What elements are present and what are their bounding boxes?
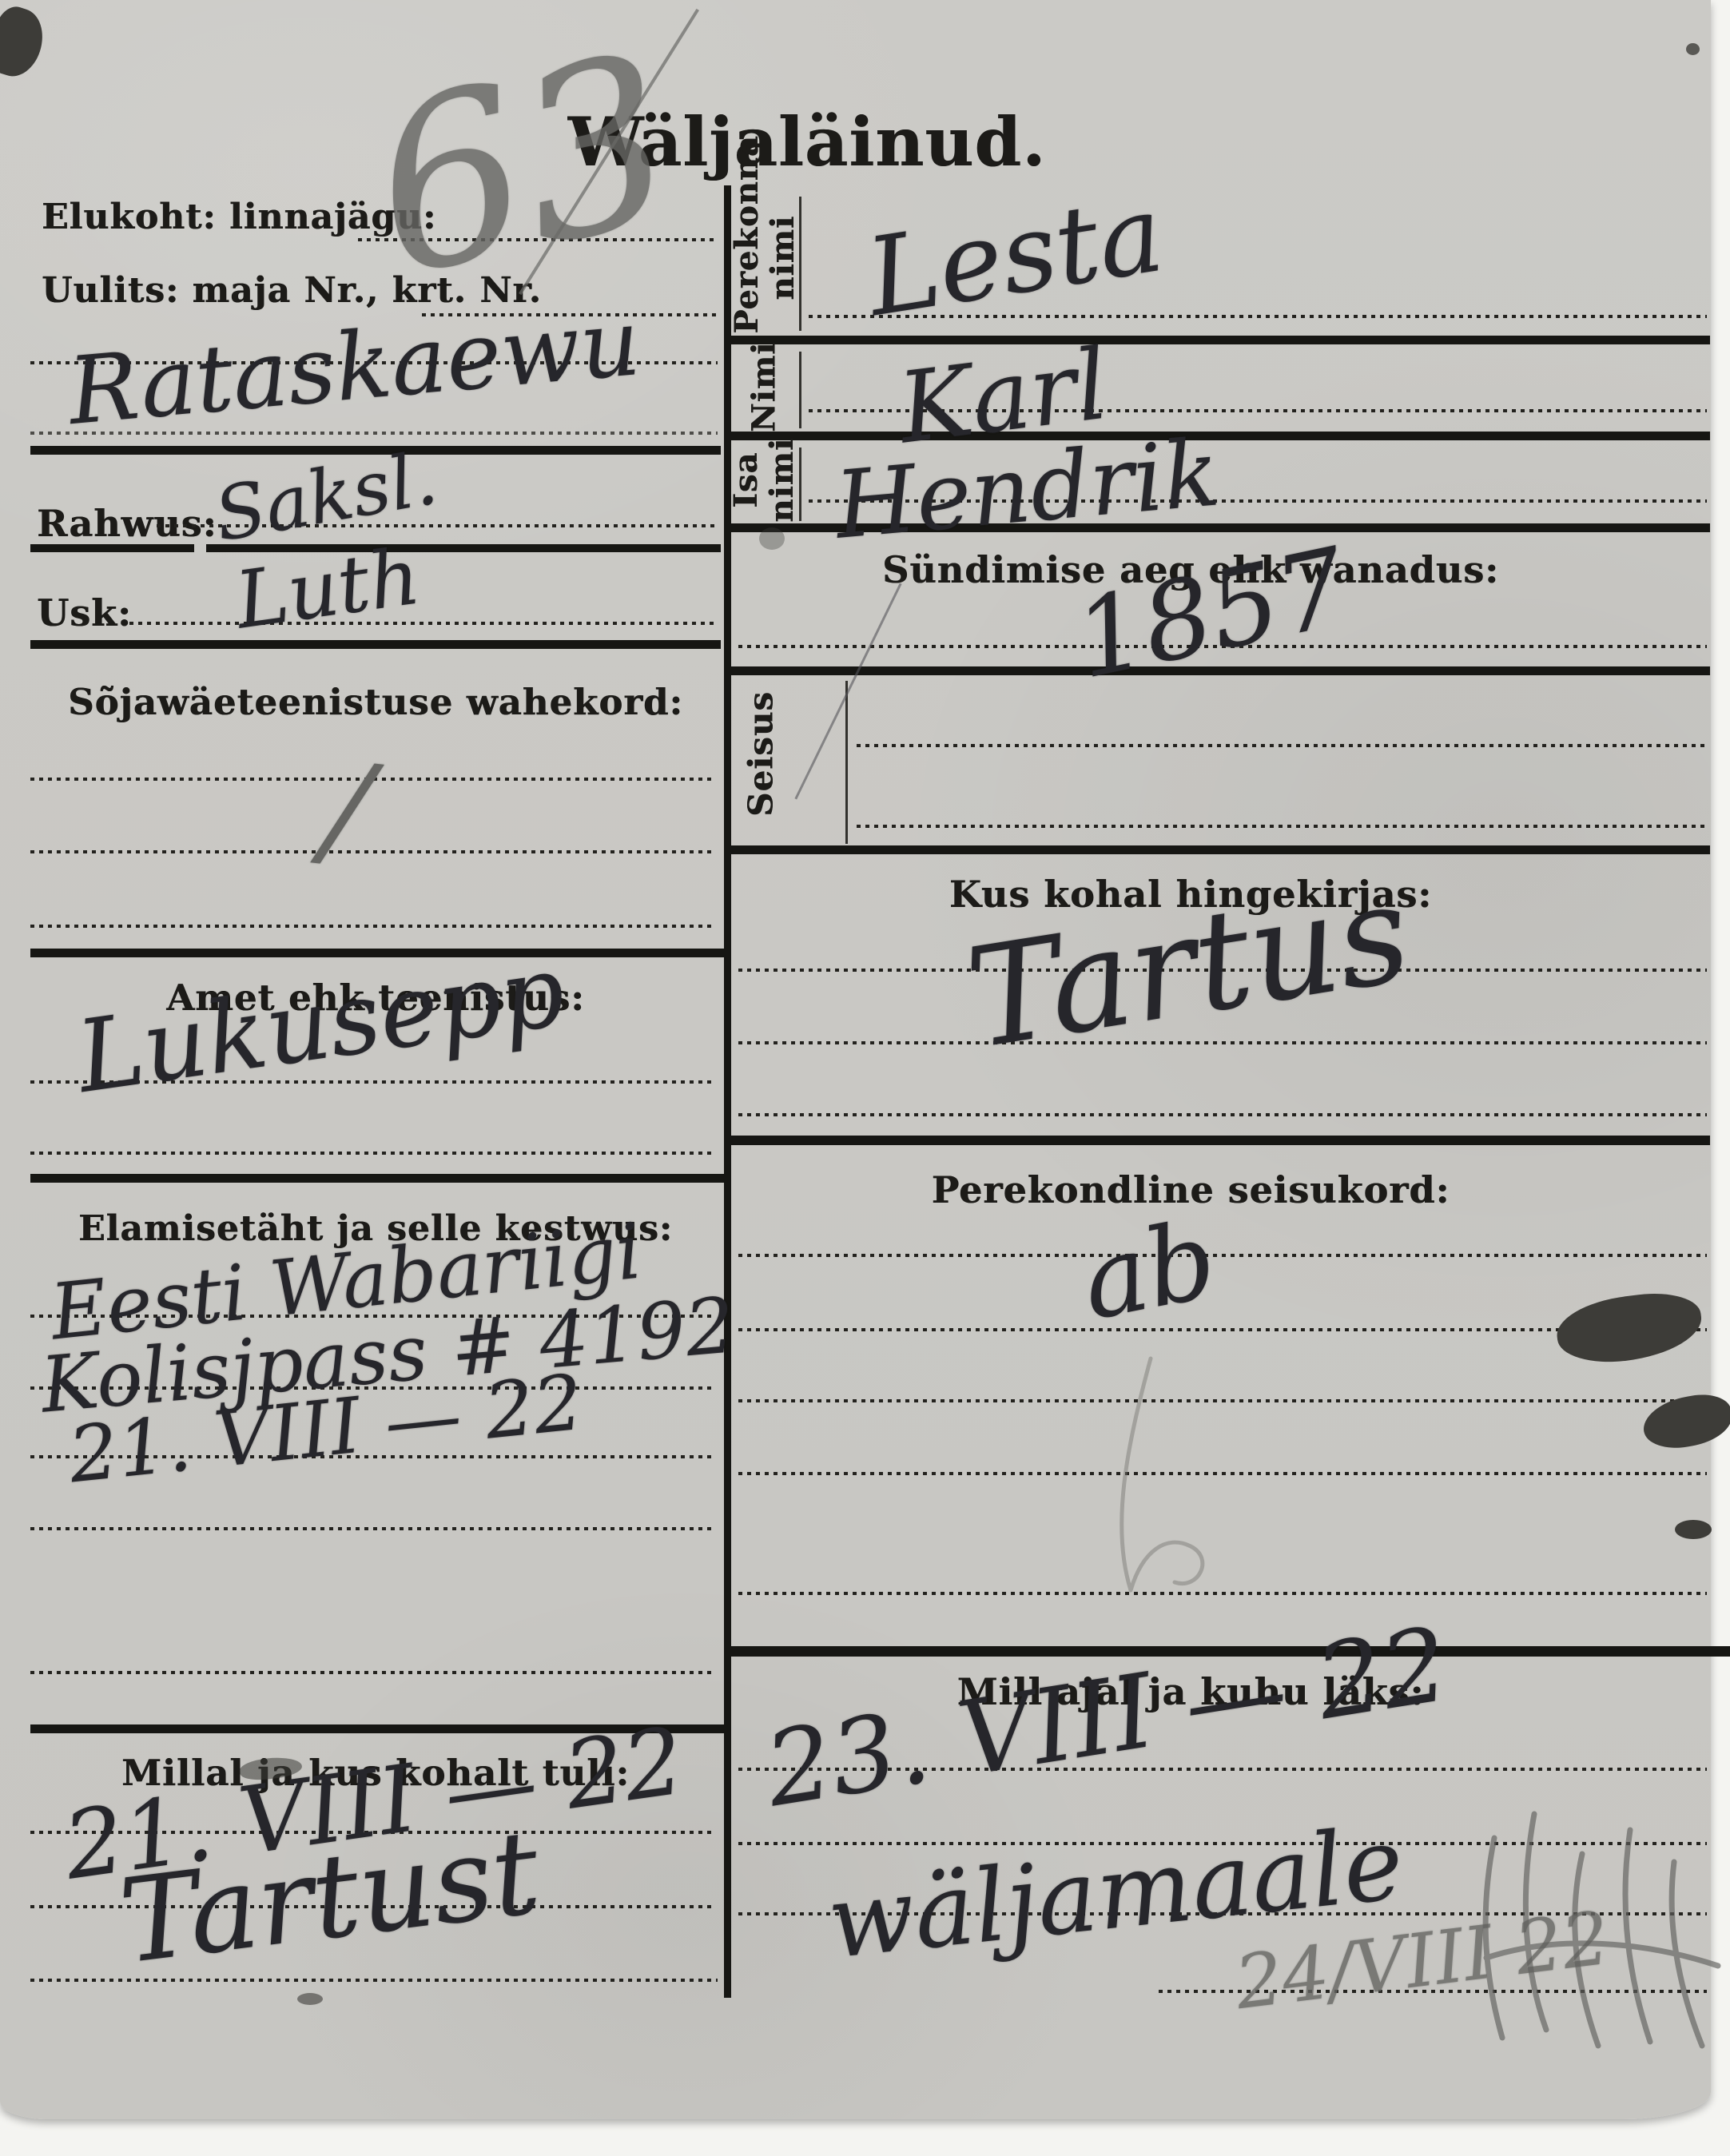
divider [724,845,1710,854]
family-name-label: Perekonna nimi [730,182,801,334]
status-label: Seisus [742,666,779,842]
divider [30,949,724,957]
divider [724,1136,1710,1145]
label-separator [845,681,848,844]
status-line-2 [857,825,1707,828]
small-smudge [297,1993,323,2005]
religion-label: Usk: [37,591,132,634]
status-line-1 [857,744,1707,747]
occupation-line-2 [30,1152,716,1155]
divider [30,544,194,552]
pencil-scribble [1055,1350,1279,1606]
military-line-1 [30,778,716,781]
military-line-2 [30,850,716,853]
family-status-handwritten: ab [1072,1197,1226,1345]
religion-line [129,622,716,625]
nationality-label: Rahwus: [37,502,217,545]
permit-line-5 [30,1671,716,1674]
divider [724,336,1710,344]
divider [30,1174,724,1183]
divider [30,640,721,649]
pencil-flourish [1470,1806,1726,2054]
margin-ink-blot-small [1675,1520,1712,1539]
residence-label: Elukoht: linnajägu: [42,197,436,237]
family-status-line-1 [738,1254,1707,1257]
first-name-label: Nimi [747,339,783,435]
register-line-3 [738,1113,1707,1116]
divider [724,432,1710,440]
top-right-dot [1686,43,1700,55]
label-separator [799,352,801,428]
scanned-document: Wäljaläinud. 63 Elukoht: linnajägu: Uuli… [0,0,1730,2156]
military-line-3 [30,925,716,928]
gray-smudge-dot [759,527,785,550]
permit-line-4 [30,1527,716,1530]
register-line-2 [738,1041,1707,1044]
military-section-label: Sõjawäeteenistuse wahekord: [32,681,719,723]
father-name-label: Isa nimi [729,432,801,528]
